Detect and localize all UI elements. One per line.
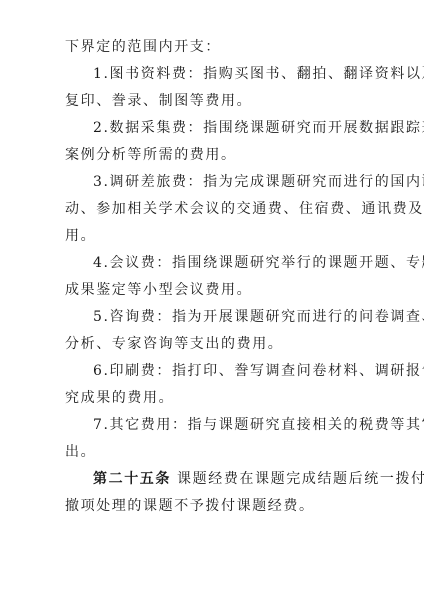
item-4-line-2: 成果鉴定等小型会议费用。 <box>65 280 365 300</box>
item-7-line-1: 7.其它费用：指与课题研究直接相关的税费等其它支 <box>93 415 393 435</box>
item-6-line-1: 6.印刷费：指打印、誊写调查问卷材料、调研报告和研 <box>93 361 393 381</box>
item-7-line-2: 出。 <box>65 442 365 462</box>
document-page: 下界定的范围内开支： 1.图书资料费：指购买图书、翻拍、翻译资料以及打印、 复印… <box>0 0 424 600</box>
item-1-line-2: 复印、誊录、制图等费用。 <box>65 91 365 111</box>
item-4-line-1: 4.会议费：指围绕课题研究举行的课题开题、专题研讨、 <box>93 253 393 273</box>
item-6-line-2: 究成果的费用。 <box>65 388 365 408</box>
item-1-line-1: 1.图书资料费：指购买图书、翻拍、翻译资料以及打印、 <box>93 64 393 84</box>
item-5-line-1: 5.咨询费：指为开展课题研究而进行的问卷调查、统计 <box>93 307 393 327</box>
item-5-line-2: 分析、专家咨询等支出的费用。 <box>65 334 365 354</box>
item-3-line-1: 3.调研差旅费：指为完成课题研究而进行的国内调研活 <box>93 172 393 192</box>
article-25-line-1: 第二十五条 课题经费在课题完成结题后统一拨付。被 <box>93 469 393 489</box>
article-25-text: 课题经费在课题完成结题后统一拨付。被 <box>171 471 424 487</box>
item-3-line-3: 用。 <box>65 226 365 246</box>
item-2-line-1: 2.数据采集费：指围绕课题研究而开展数据跟踪采集、 <box>93 118 393 138</box>
lead-line: 下界定的范围内开支： <box>65 37 365 57</box>
item-2-line-2: 案例分析等所需的费用。 <box>65 145 365 165</box>
article-25-line-2: 撤项处理的课题不予拨付课题经费。 <box>65 496 365 516</box>
article-25-title: 第二十五条 <box>93 471 171 487</box>
item-3-line-2: 动、参加相关学术会议的交通费、住宿费、通讯费及其它费 <box>65 199 365 219</box>
